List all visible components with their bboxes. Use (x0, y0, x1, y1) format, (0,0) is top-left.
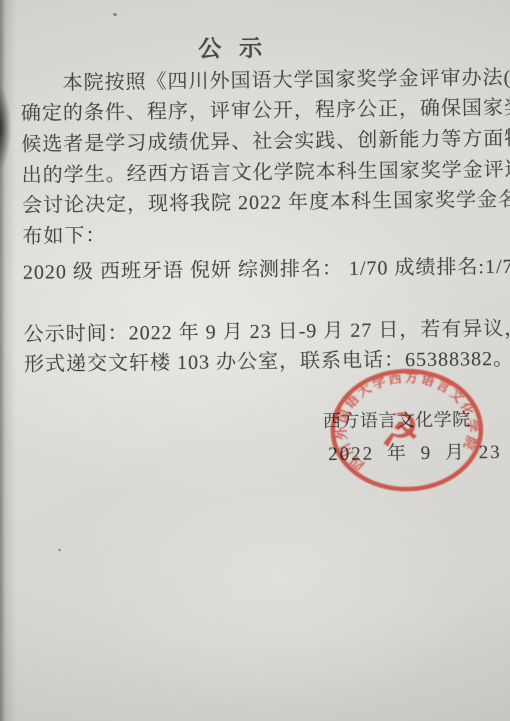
body-line-6: 布如下： (22, 219, 106, 249)
body-line-5: 会讨论决定，现将我院 2022 年度本科生国家奖学金名单公 (22, 182, 510, 218)
body-line-4: 出的学生。经西方语言文化学院本科生国家奖学金评选委员 (22, 152, 510, 188)
period-line-2: 形式递交文轩楼 103 办公室，联系电话：65388382。 (24, 342, 510, 377)
scholarship-listing: 2020 级 西班牙语 倪妍 综测排名： 1/70 成绩排名:1/70 (23, 250, 510, 285)
period-line-1: 公示时间：2022 年 9 月 23 日-9 月 27 日，若有异议，请书面 (23, 311, 510, 347)
notice-title: 公 示 (0, 27, 470, 66)
photographed-paper: 公 示 本院按照《四川外国语大学国家奖学金评审办法(修订)》 确定的条件、程序，… (0, 0, 510, 721)
body-line-3: 候选者是学习成绩优异、社会实践、创新能力等方面特别突 (21, 121, 510, 157)
body-line-1: 本院按照《四川外国语大学国家奖学金评审办法(修订)》 (20, 60, 510, 96)
signature-department: 西方语言文化学院 (323, 405, 471, 433)
notice-document: 公 示 本院按照《四川外国语大学国家奖学金评审办法(修订)》 确定的条件、程序，… (0, 0, 510, 721)
signature-date: 2022 年 9 月 23 日 (328, 437, 510, 467)
body-line-2: 确定的条件、程序，评审公开，程序公正，确保国家奖学金 (21, 90, 510, 126)
